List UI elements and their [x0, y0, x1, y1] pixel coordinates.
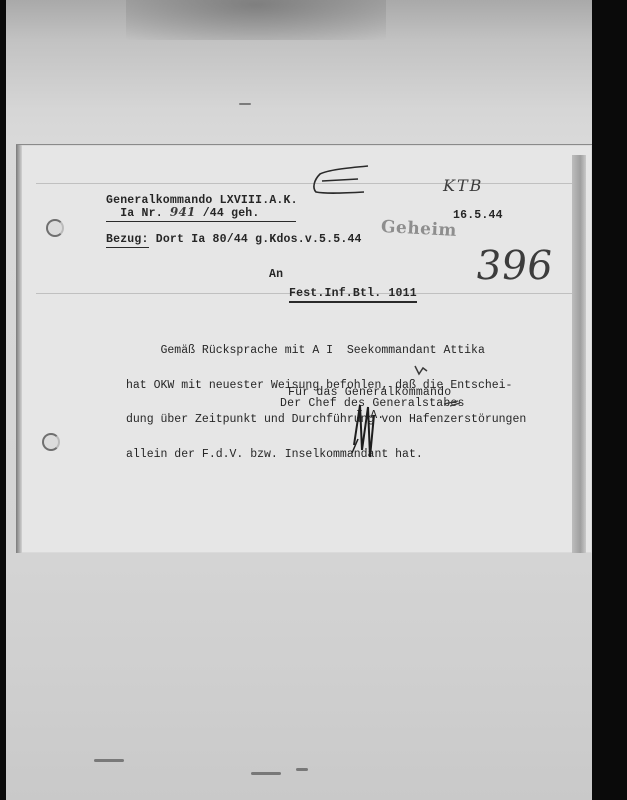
handwritten-dash-mark-icon: [442, 398, 462, 408]
sheet-left-edge: [16, 145, 22, 553]
handwritten-ktb: KTB: [443, 176, 483, 195]
handwritten-journal-number: 941: [170, 205, 196, 219]
document-date: 16.5.44: [453, 209, 503, 222]
sender-line2: Ia Nr. 941 /44 geh.: [106, 205, 296, 222]
body-line: Gemäß Rücksprache mit A I Seekommandant …: [126, 345, 526, 357]
scan-smudge: [94, 759, 124, 762]
punch-hole-icon: [42, 433, 60, 451]
body-line: dung über Zeitpunkt und Durchführung von…: [126, 414, 526, 426]
handwritten-page-number: 396: [473, 243, 556, 289]
ruled-line: [36, 183, 572, 184]
recipient-name: Fest.Inf.Btl. 1011: [289, 287, 417, 303]
geheim-stamp: Geheim: [381, 217, 458, 241]
punch-hole-icon: [46, 219, 64, 237]
sender-year-suffix: /44 geh.: [203, 207, 260, 220]
reference-line: Bezug: Dort Ia 80/44 g.Kdos.v.5.5.44: [106, 233, 362, 246]
body-line: allein der F.d.V. bzw. Inselkommandant h…: [126, 449, 526, 461]
sheet-right-edge-shadow: [572, 155, 586, 553]
scan-smudge: [239, 103, 251, 105]
recipient-label: An: [269, 268, 283, 281]
scan-smudge: [296, 768, 308, 771]
handwritten-e-mark-icon: [306, 162, 376, 198]
reference-label: Bezug:: [106, 233, 149, 248]
handwritten-signature-icon: [344, 395, 384, 465]
reference-text: Dort Ia 80/44 g.Kdos.v.5.5.44: [156, 233, 362, 246]
sender-ia-nr: Ia Nr.: [120, 207, 163, 220]
scanned-page: KTB Generalkommando LXVIII.A.K. Ia Nr. 9…: [6, 0, 592, 800]
scan-smudge: [251, 772, 281, 775]
handwritten-tick-icon: [413, 362, 431, 376]
